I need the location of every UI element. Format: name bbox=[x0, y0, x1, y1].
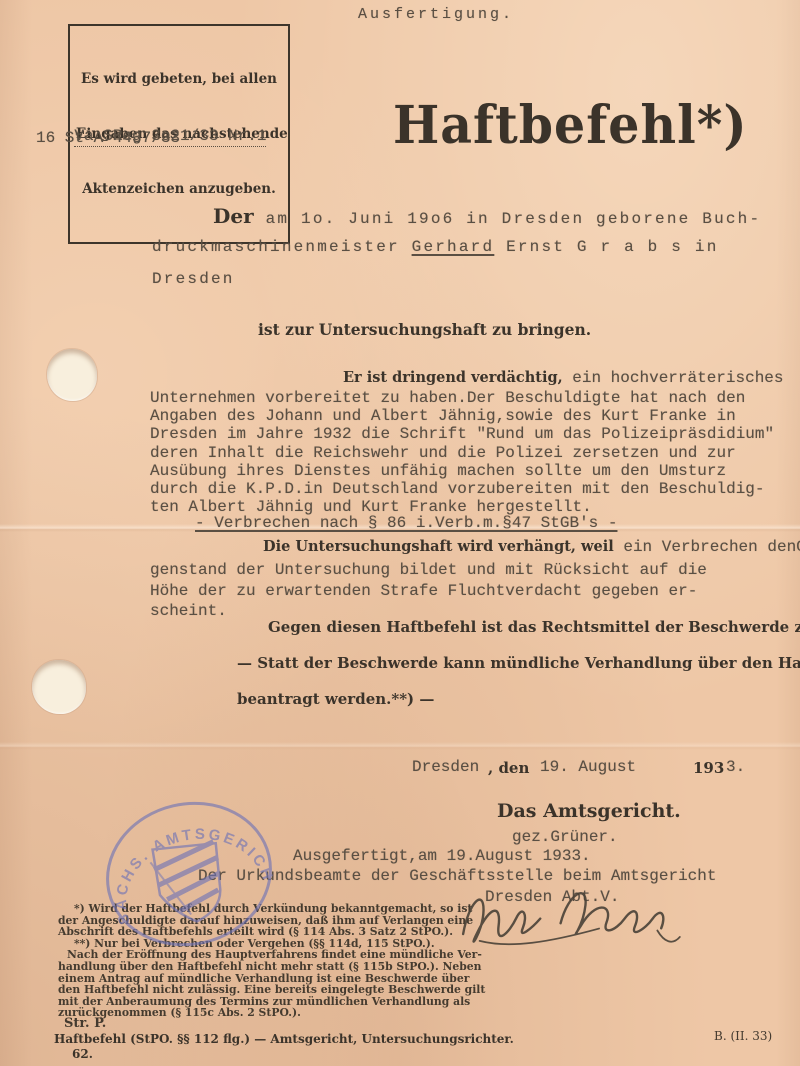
dateline-date: 19. August bbox=[540, 758, 636, 776]
footnote-line: den Haftbefehl nicht zulässig. Eine bere… bbox=[58, 984, 498, 996]
dateline-place: Dresden bbox=[412, 758, 479, 776]
dateline-year-printed: 193 bbox=[693, 759, 724, 777]
dateline-den-printed: , den bbox=[488, 759, 529, 777]
subject-line1: am 1o. Juni 19o6 in Dresden geborene Buc… bbox=[266, 210, 762, 228]
footer-print-code: B. (II. 33) bbox=[714, 1029, 772, 1043]
statute-citation: - Verbrechen nach § 86 i.Verb.m.§47 StGB… bbox=[195, 514, 617, 532]
footer-str-p: Str. P. bbox=[64, 1016, 106, 1031]
copy-label: Ausfertigung. bbox=[358, 6, 514, 23]
charge-lead-typed: ein hochverräterisches bbox=[563, 369, 784, 387]
footer-form-reference: Haftbefehl (StPO. §§ 112 flg.) — Amtsger… bbox=[54, 1032, 514, 1046]
footnote-line: zurückgenommen (§ 115c Abs. 2 StPO.). bbox=[58, 1007, 498, 1019]
justification-line: genstand der Untersuchung bildet und mit… bbox=[150, 560, 707, 581]
charge-line: deren Inhalt die Reichswehr und die Poli… bbox=[150, 444, 774, 462]
remedy-paragraph-3: beantragt werden.**) — bbox=[237, 690, 434, 708]
charge-line: Dresden im Jahre 1932 die Schrift "Rund … bbox=[150, 425, 774, 443]
dateline-year-typed: 3. bbox=[726, 758, 745, 776]
subject-lead-printed: Der bbox=[213, 204, 254, 228]
court-name-printed: Das Amtsgericht. bbox=[497, 800, 681, 822]
footer-form-number: 62. bbox=[72, 1047, 93, 1061]
charge-line: Unternehmen vorbereitet zu haben.Der Bes… bbox=[150, 389, 774, 407]
charge-line: durch die K.P.D.in Deutschland vorzubere… bbox=[150, 480, 774, 498]
punch-hole bbox=[47, 349, 97, 401]
file-number-secondary: 16 St A 4437/33 bbox=[36, 129, 180, 147]
punch-hole bbox=[32, 660, 86, 714]
note-line: Es wird gebeten, bei allen bbox=[76, 71, 282, 88]
justification-line: Höhe der zu erwartenden Strafe Fluchtver… bbox=[150, 581, 707, 602]
document-page: Ausfertigung. Es wird gebeten, bei allen… bbox=[0, 0, 800, 1066]
justification-lead-printed: Die Untersuchungshaft wird verhängt, wei… bbox=[263, 538, 614, 555]
detention-order-printed: ist zur Untersuchungshaft zu bringen. bbox=[258, 320, 591, 339]
handwritten-signature bbox=[445, 855, 711, 973]
note-line: Aktenzeichen anzugeben. bbox=[76, 181, 282, 198]
signed-by-typed: gez.Grüner. bbox=[512, 828, 618, 846]
subject-city: Dresden bbox=[152, 270, 235, 288]
subject-line2-post: Ernst G r a b s in bbox=[494, 238, 718, 256]
issued-line-typed: Ausgefertigt,am 19.August 1933. bbox=[293, 847, 591, 865]
justification-lead-typed: ein Verbrechen denGe- bbox=[614, 538, 800, 556]
subject-line2-pre: druckmaschinenmeister bbox=[152, 238, 412, 256]
document-title: Haftbefehl*) bbox=[393, 94, 748, 155]
remedy-paragraph-1: Gegen diesen Haftbefehl ist das Rechtsmi… bbox=[268, 618, 800, 636]
charge-line: Ausübung ihres Dienstes unfähig machen s… bbox=[150, 462, 774, 480]
subject-first-name: Gerhard bbox=[412, 238, 495, 256]
paper-crease bbox=[0, 742, 800, 750]
charge-lead-printed: Er ist dringend verdächtig, bbox=[343, 369, 563, 386]
charge-line: Angaben des Johann und Albert Jähnig,sow… bbox=[150, 407, 774, 425]
remedy-paragraph-2: — Statt der Beschwerde kann mündliche Ve… bbox=[237, 654, 800, 672]
